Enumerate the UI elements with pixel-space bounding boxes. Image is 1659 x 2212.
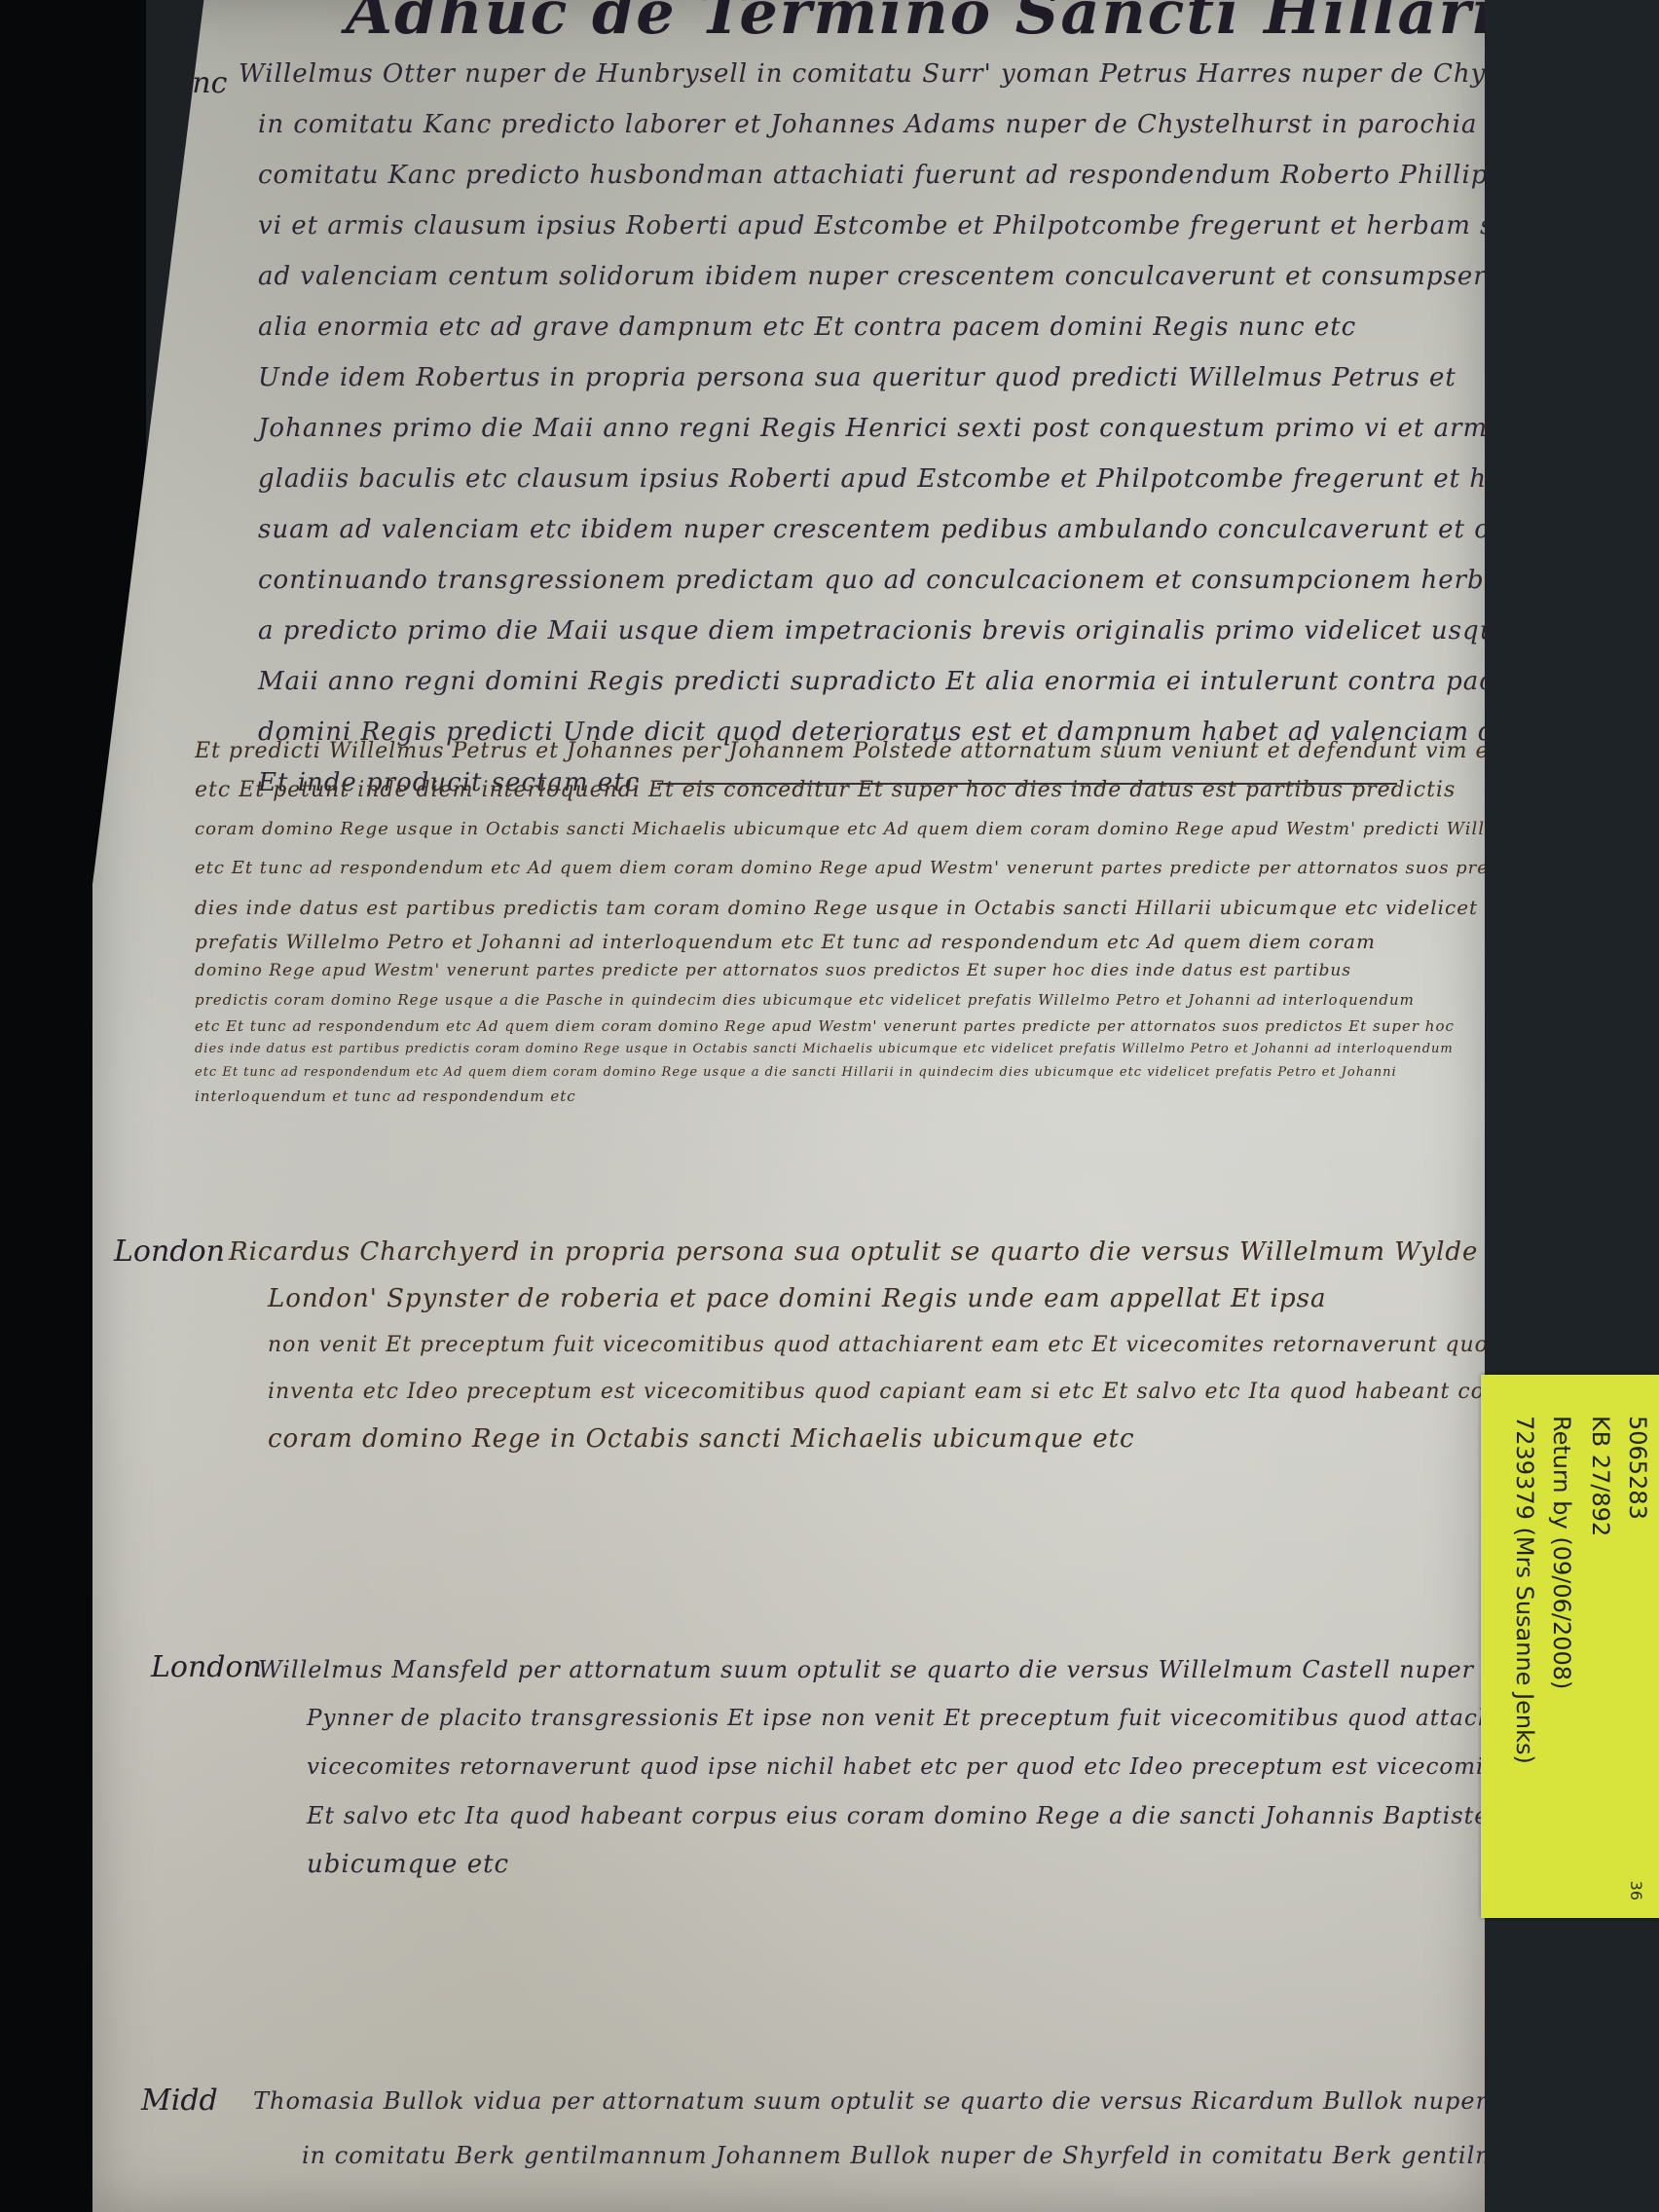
archive-tracking-label: 5065283 KB 27/892 Return by (09/06/2008)… xyxy=(1481,1375,1659,1918)
text-line: etc Et tunc ad respondendum etc Ad quem … xyxy=(195,849,1451,888)
text-line: comitatu Kanc predicto husbondman attach… xyxy=(239,150,1456,201)
text-line: in comitatu Berk gentilmannum Johannem B… xyxy=(253,2128,1451,2183)
text-line: continuando transgressionem predictam qu… xyxy=(239,555,1456,606)
text-line: Maii anno regni domini Regis predicti su… xyxy=(239,656,1456,707)
text-line: Ricardus Charchyerd in propria persona s… xyxy=(229,1229,1456,1275)
margin-name: London xyxy=(114,1235,225,1269)
entry-text: Willelmus Otter nuper de Hunbrysell in c… xyxy=(239,49,1456,808)
text-line: domino Rege apud Westm' venerunt partes … xyxy=(195,956,1451,985)
margin-name: Kanc xyxy=(153,66,227,100)
text-line: etc Et tunc ad respondendum etc Ad quem … xyxy=(195,1061,1451,1085)
text-line: predictis coram domino Rege usque a die … xyxy=(195,985,1451,1014)
label-reader: 7239379 (Mrs Susanne Jenks) xyxy=(1511,1416,1538,1764)
margin-name: London xyxy=(151,1650,262,1684)
text-line: etc Et petunt inde diem interloquendi Et… xyxy=(195,771,1451,810)
text-line: Et predicti Willelmus Petrus et Johannes… xyxy=(195,732,1451,771)
text-line: Thomasia Bullok vidua per attornatum suu… xyxy=(253,2074,1451,2128)
entry-text: Thomasia Bullok vidua per attornatum suu… xyxy=(253,2074,1451,2183)
text-line: London' Spynster de roberia et pace domi… xyxy=(229,1275,1456,1322)
text-line: gladiis baculis etc clausum ipsius Rober… xyxy=(239,454,1456,504)
text-line: a predicto primo die Maii usque diem imp… xyxy=(239,606,1456,656)
entry-text: Et predicti Willelmus Petrus et Johannes… xyxy=(195,732,1451,1108)
text-line: prefatis Willelmo Petro et Johanni ad in… xyxy=(195,927,1451,956)
text-line: etc Et tunc ad respondendum etc Ad quem … xyxy=(195,1014,1451,1038)
text-line: inventa etc Ideo preceptum est vicecomit… xyxy=(229,1369,1456,1416)
text-line: alia enormia etc ad grave dampnum etc Et… xyxy=(239,302,1456,352)
text-line: ubicumque etc xyxy=(258,1840,1456,1889)
label-item-number: 5065283 xyxy=(1624,1416,1651,1520)
text-line: coram domino Rege in Octabis sancti Mich… xyxy=(229,1416,1456,1462)
text-line: Johannes primo die Maii anno regni Regis… xyxy=(239,403,1456,454)
label-page-ref: 36 xyxy=(1627,1881,1645,1900)
label-return-date: Return by (09/06/2008) xyxy=(1548,1416,1575,1689)
label-reference: KB 27/892 xyxy=(1587,1416,1614,1536)
entry-text: Ricardus Charchyerd in propria persona s… xyxy=(229,1229,1456,1462)
text-line: Willelmus Otter nuper de Hunbrysell in c… xyxy=(239,49,1456,99)
margin-name: Midd xyxy=(141,2083,218,2118)
text-line: non venit Et preceptum fuit vicecomitibu… xyxy=(229,1322,1456,1369)
text-line: dies inde datus est partibus predictis c… xyxy=(195,1038,1451,1061)
text-line: Willelmus Mansfeld per attornatum suum o… xyxy=(258,1645,1456,1694)
manuscript-parchment: Adhuc de Termino Sancti Hillarii Kanc Wi… xyxy=(92,0,1485,2212)
text-line: Et salvo etc Ita quod habeant corpus eiu… xyxy=(258,1791,1456,1840)
manuscript-heading: Adhuc de Termino Sancti Hillarii xyxy=(346,0,1522,48)
text-line: in comitatu Kanc predicto laborer et Joh… xyxy=(239,99,1456,150)
text-line: Unde idem Robertus in propria persona su… xyxy=(239,352,1456,403)
text-line: Pynner de placito transgressionis Et ips… xyxy=(258,1694,1456,1743)
label-content: 5065283 KB 27/892 Return by (09/06/2008)… xyxy=(1481,1375,1659,1918)
text-line: coram domino Rege usque in Octabis sanct… xyxy=(195,810,1451,849)
text-line: ad valenciam centum solidorum ibidem nup… xyxy=(239,251,1456,302)
text-line: suam ad valenciam etc ibidem nuper cresc… xyxy=(239,504,1456,555)
text-line: dies inde datus est partibus predictis t… xyxy=(195,888,1451,927)
text-line: vi et armis clausum ipsius Roberti apud … xyxy=(239,201,1456,251)
text-line: interloquendum et tunc ad respondendum e… xyxy=(195,1085,1451,1108)
entry-text: Willelmus Mansfeld per attornatum suum o… xyxy=(258,1645,1456,1889)
text-line: vicecomites retornaverunt quod ipse nich… xyxy=(258,1743,1456,1791)
